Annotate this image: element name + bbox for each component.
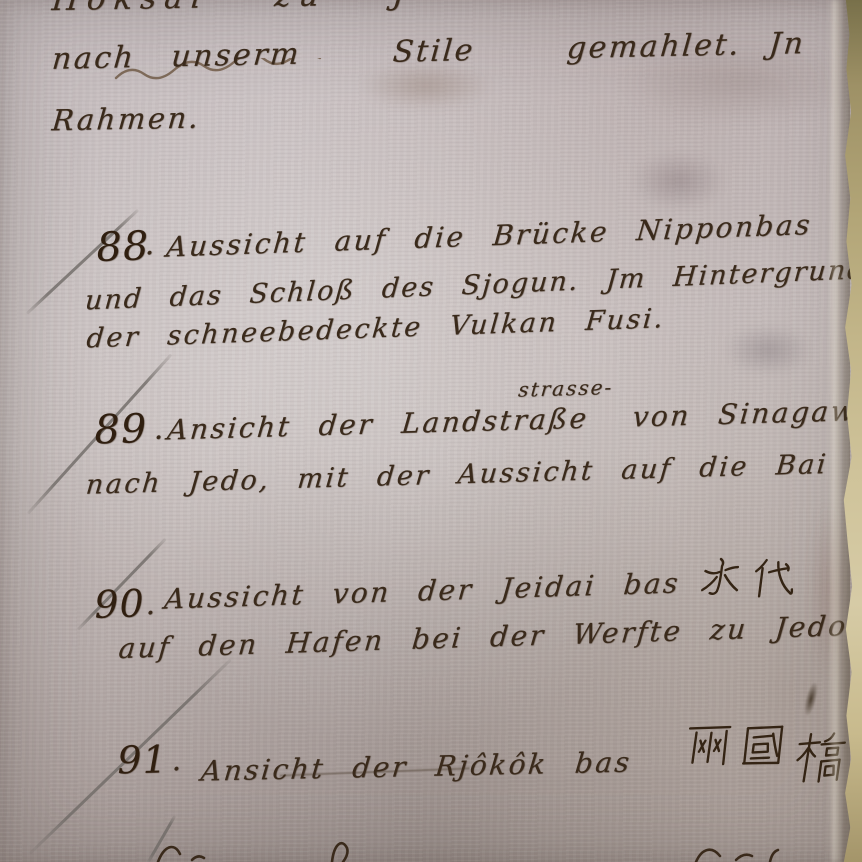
clipped-next-line-fragment <box>140 838 800 862</box>
header-word: unserm <box>170 37 303 75</box>
number-dot: . <box>145 587 158 622</box>
entry-line: Ansicht der Rjôkôk bas <box>198 717 860 804</box>
header-rahmen-line: Rahmen. <box>51 101 202 138</box>
header-word: Stile <box>391 33 476 70</box>
number-dot: . <box>153 412 166 447</box>
entry-line-part: Ansicht der Landstraße <box>166 402 590 447</box>
entry-number: 89 <box>94 406 148 453</box>
entry-line-part: Ansicht der Rjôkôk bas <box>199 746 633 788</box>
insertion-above-line: strasse- <box>517 375 614 402</box>
manuscript-photo: Hoksai zu J nachunsermStilegemahlet. Jn … <box>0 0 862 862</box>
entry-line-part: Aussicht von der Jeidai bas <box>163 566 682 615</box>
header-line: nachunsermStilegemahlet. Jn <box>51 26 807 77</box>
entry-line-part: von Sinagawa <box>631 394 862 434</box>
entry-line: Ansicht der Landstraßevon Sinagawa <box>166 394 862 447</box>
entry-number: 90 <box>94 581 146 627</box>
number-dot: . <box>171 743 184 778</box>
entry-90: 90 . Aussicht von der Jeidai bas <box>78 543 862 697</box>
kanji-ryogokubashi-drawing <box>680 717 859 794</box>
clipped-top-line: Hoksai zu J <box>50 0 414 18</box>
entry-number: 91 <box>117 737 168 782</box>
entry-89: strasse- 89 . Ansicht der Landstraßevon … <box>78 364 862 526</box>
entry-line: und das Schloß des Sjogun. Jm Hintergrun… <box>84 254 862 316</box>
entry-line: Aussicht auf die Brücke Nipponbas <box>165 208 813 264</box>
kanji-eitai-drawing <box>699 555 800 611</box>
entry-number: 88 <box>96 223 150 271</box>
number-dot: . <box>144 227 157 262</box>
entry-88: 88 . Aussicht auf die Brücke Nipponbas u… <box>78 196 862 373</box>
entry-line: nach Jedo, mit der Aussicht auf die Bai <box>85 449 830 501</box>
header-word: nach <box>51 40 137 77</box>
header-word: gemahlet. Jn <box>565 26 806 66</box>
